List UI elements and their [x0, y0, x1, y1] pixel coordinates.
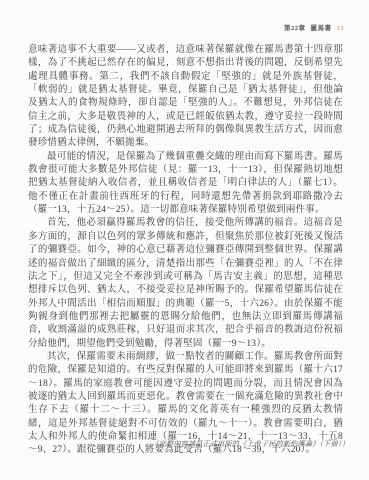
publisher-footnote: （完整內容請見正式出版的《上帝子民的新約導論》（下冊）） [152, 439, 349, 449]
paragraph: 最可能的情況，是保羅為了幾個重疊交織的理由而寫下羅馬書。羅馬教會很可能大多數是外… [28, 151, 343, 218]
paragraph: 首先，他必須贏得羅馬教會的信任，接受他所傳講的福音。這福音是多方面的，源自以色列… [28, 217, 343, 350]
running-header: 第22章 羅馬書 33 [284, 23, 344, 32]
chapter-label: 第22章 [284, 23, 306, 32]
page-number: 33 [337, 25, 345, 32]
body-text-block: 意味著這事不大重要——又或者，這意味著保羅就像在羅馬書第十四章那樣，為了不挑起已… [28, 44, 343, 458]
book-title-label: 羅馬書 [311, 23, 332, 32]
paragraph: 意味著這事不大重要——又或者，這意味著保羅就像在羅馬書第十四章那樣，為了不挑起已… [28, 44, 343, 151]
book-page: 第22章 羅馬書 33 意味著這事不大重要——又或者，這意味著保羅就像在羅馬書第… [0, 0, 369, 480]
